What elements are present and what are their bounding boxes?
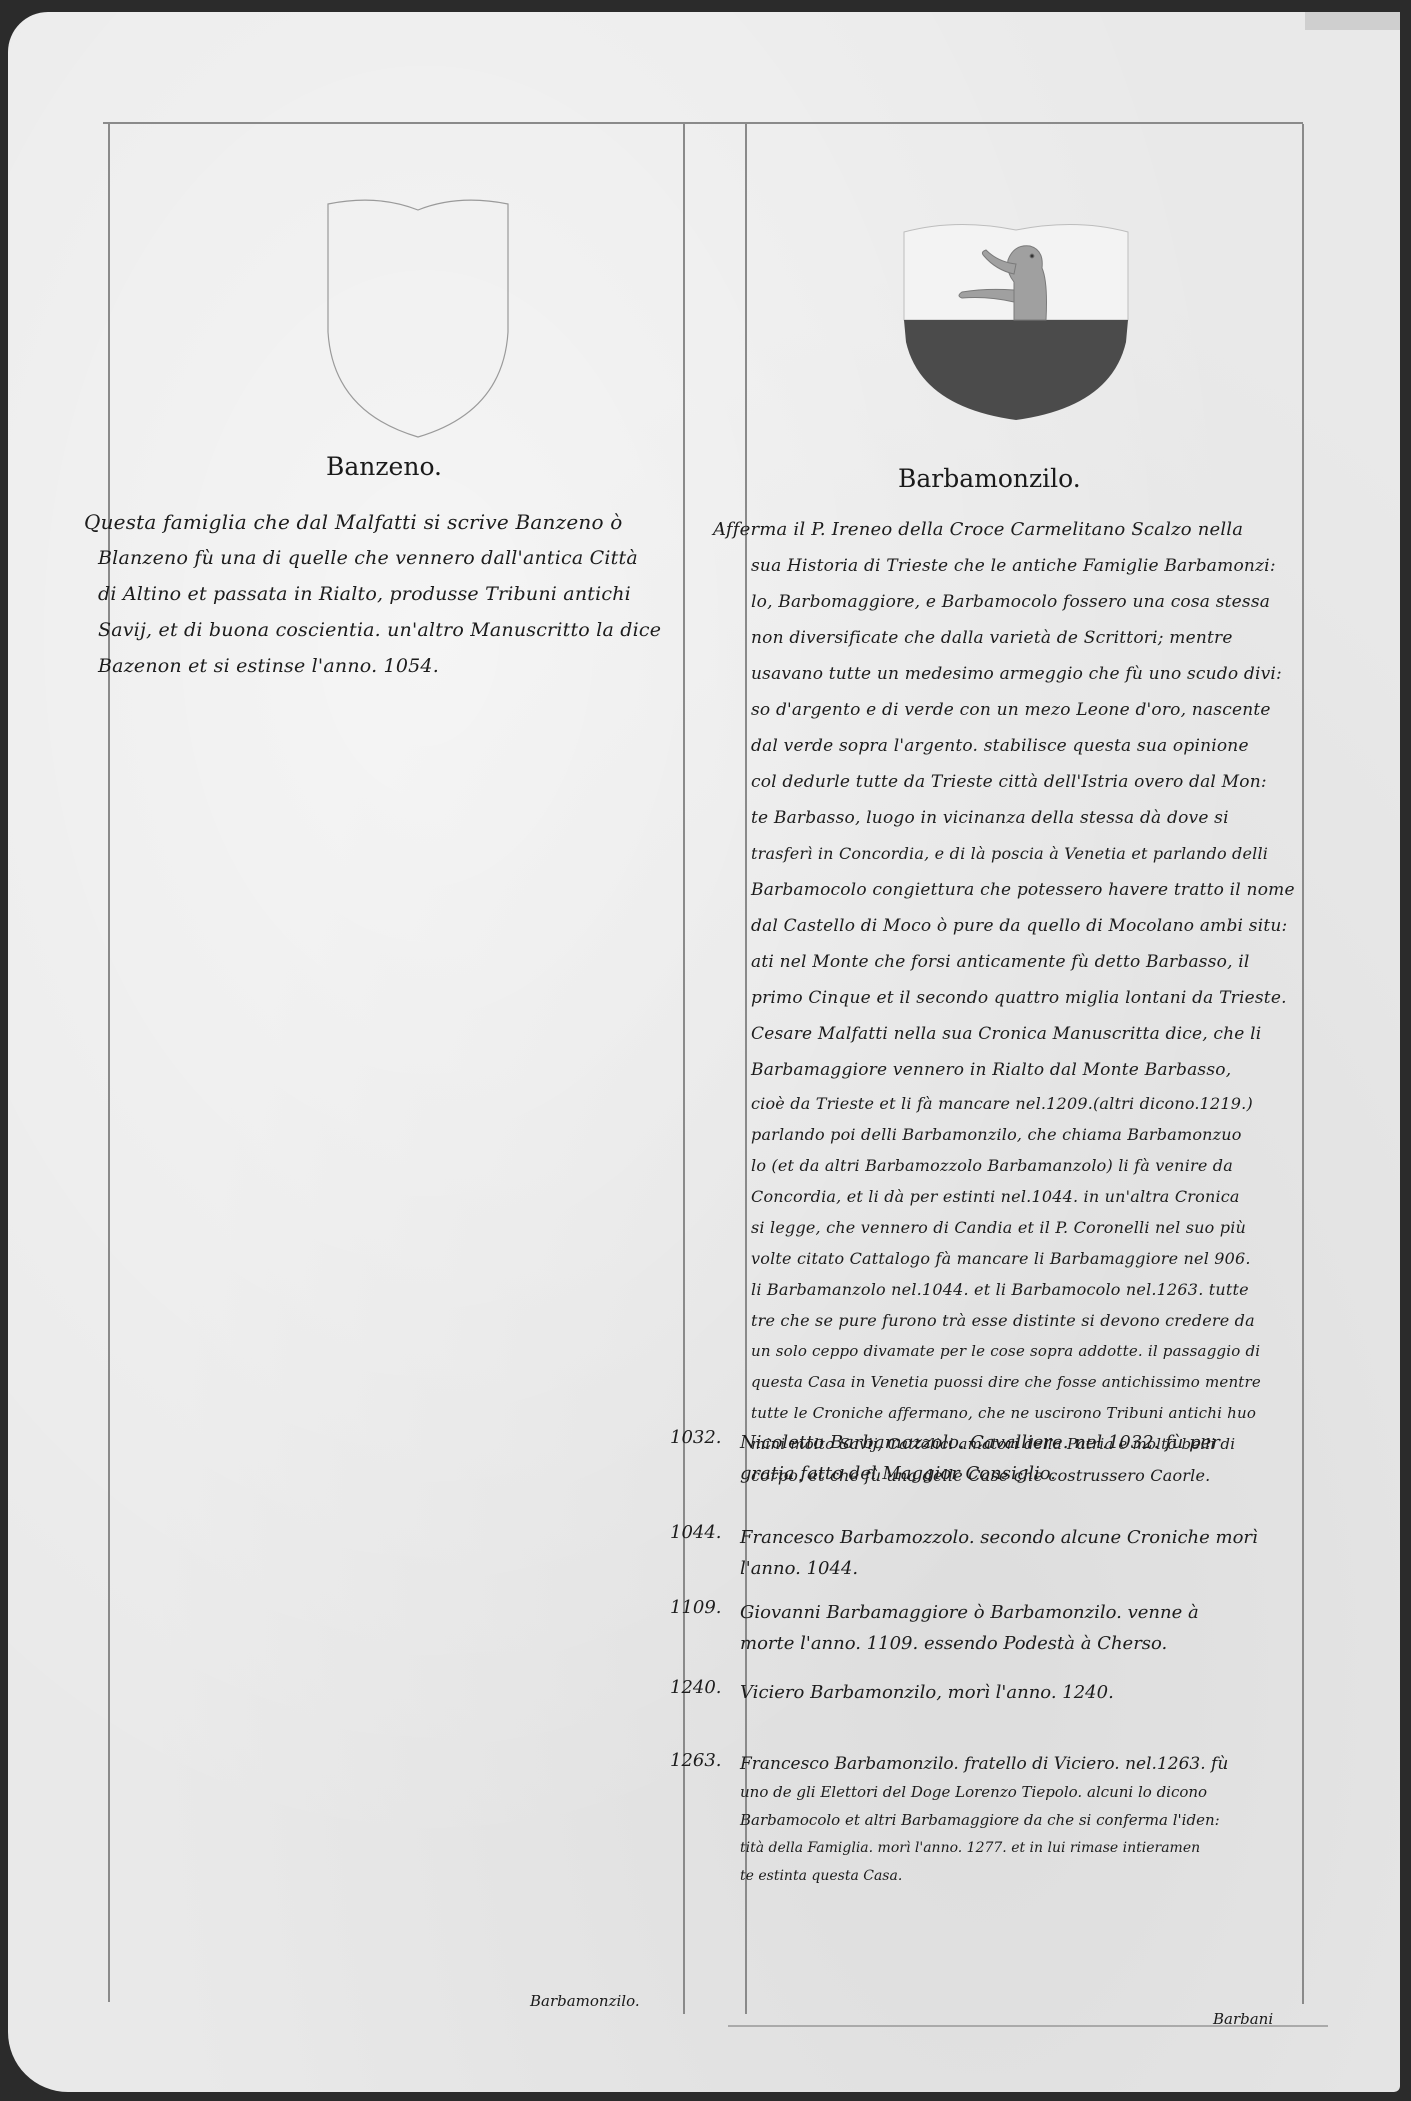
entry-year: 1044. [670,1522,735,1543]
text-line: lo (et da altri Barbamozzolo Barbamanzol… [713,1150,1295,1181]
text-line: usavano tutte un medesimo armeggio che f… [713,656,1295,692]
text-line: li Barbamanzolo nel.1044. et li Barbamoc… [713,1274,1295,1305]
manuscript-page: Banzeno. Questa famiglia che dal Malfatt… [8,12,1400,2092]
left-family-title: Banzeno. [326,452,442,481]
text-line: trasferì in Concordia, e di là poscia à … [713,836,1295,872]
text-line: tutte le Croniche affermano, che ne usci… [713,1398,1295,1429]
right-family-title: Barbamonzilo. [898,464,1081,493]
left-family-paragraph: Questa famiglia che dal Malfatti si scri… [84,504,661,684]
entry-line: tità della Famiglia. morì l'anno. 1277. … [740,1834,1228,1862]
entry-year: 1032. [670,1427,735,1448]
text-line: ati nel Monte che forsi anticamente fù d… [713,944,1295,980]
text-line: Savij, et di buona coscientia. un'altro … [84,612,661,648]
scan-edge-patch [1305,12,1400,30]
right-family-paragraph: Afferma il P. Ireneo della Croce Carmeli… [713,512,1295,1491]
text-line: Concordia, et li dà per estinti nel.1044… [713,1181,1295,1212]
frame-top-rule [103,122,1303,124]
text-line: di Altino et passata in Rialto, produsse… [84,576,661,612]
frame-left-rule [108,122,110,2002]
entry-line: Nicoletto Barbamozzolo. Cavalliere. nel.… [740,1427,1220,1458]
text-line: Barbamaggiore vennero in Rialto dal Mont… [713,1052,1295,1088]
text-line: si legge, che vennero di Candia et il P.… [713,1212,1295,1243]
text-line: cioè da Trieste et li fà mancare nel.120… [713,1088,1295,1119]
text-line: lo, Barbomaggiore, e Barbamocolo fossero… [713,584,1295,620]
text-line: tre che se pure furono trà esse distinte… [713,1305,1295,1336]
text-line: sua Historia di Trieste che le antiche F… [713,548,1295,584]
column-divider-left [683,124,685,2014]
entry-line: morte l'anno. 1109. essendo Podestà à Ch… [740,1628,1199,1659]
entry-line: l'anno. 1044. [740,1553,1258,1584]
text-line: col dedurle tutte da Trieste città dell'… [713,764,1295,800]
text-line: volte citato Cattalogo fà mancare li Bar… [713,1243,1295,1274]
text-line: Afferma il P. Ireneo della Croce Carmeli… [713,512,1295,548]
frame-right-rule [1302,124,1304,2004]
entry-line: te estinta questa Casa. [740,1862,1228,1890]
entry-year: 1240. [670,1677,735,1698]
left-coat-of-arms [318,192,518,442]
text-line: dal Castello di Moco ò pure da quello di… [713,908,1295,944]
right-catchword: Barbani [1213,2010,1273,2028]
entry-year: 1109. [670,1597,735,1618]
entry-line: uno de gli Elettori del Doge Lorenzo Tie… [740,1778,1228,1806]
text-line: non diversificate che dalla varietà de S… [713,620,1295,656]
shield-half-lion-icon [896,212,1136,422]
text-line: parlando poi delli Barbamonzilo, che chi… [713,1119,1295,1150]
entry-line: Giovanni Barbamaggiore ò Barbamonzilo. v… [740,1597,1199,1628]
text-line: dal verde sopra l'argento. stabilisce qu… [713,728,1295,764]
blank-shield-icon [318,192,518,442]
entry-line: Barbamocolo et altri Barbamaggiore da ch… [740,1806,1228,1834]
text-line: questa Casa in Venetia puossi dire che f… [713,1367,1295,1398]
text-line: primo Cinque et il secondo quattro migli… [713,980,1295,1016]
entry-line: Viciero Barbamonzilo, morì l'anno. 1240. [740,1677,1114,1708]
entry-line: gratia fatto del Maggior Consiglio. [740,1458,1220,1489]
text-line: Questa famiglia che dal Malfatti si scri… [84,504,661,540]
entry-year: 1263. [670,1750,735,1771]
text-line: Blanzeno fù una di quelle che vennero da… [84,540,661,576]
text-line: Cesare Malfatti nella sua Cronica Manusc… [713,1016,1295,1052]
text-line: Barbamocolo congiettura che potessero ha… [713,872,1295,908]
left-catchword: Barbamonzilo. [530,1992,640,2010]
text-line: un solo ceppo divamate per le cose sopra… [713,1336,1295,1367]
entry-line: Francesco Barbamonzilo. fratello di Vici… [740,1750,1228,1778]
text-line: te Barbasso, luogo in vicinanza della st… [713,800,1295,836]
text-line: Bazenon et si estinse l'anno. 1054. [84,648,661,684]
right-coat-of-arms [896,212,1136,422]
text-line: so d'argento e di verde con un mezo Leon… [713,692,1295,728]
entry-line: Francesco Barbamozzolo. secondo alcune C… [740,1522,1258,1553]
